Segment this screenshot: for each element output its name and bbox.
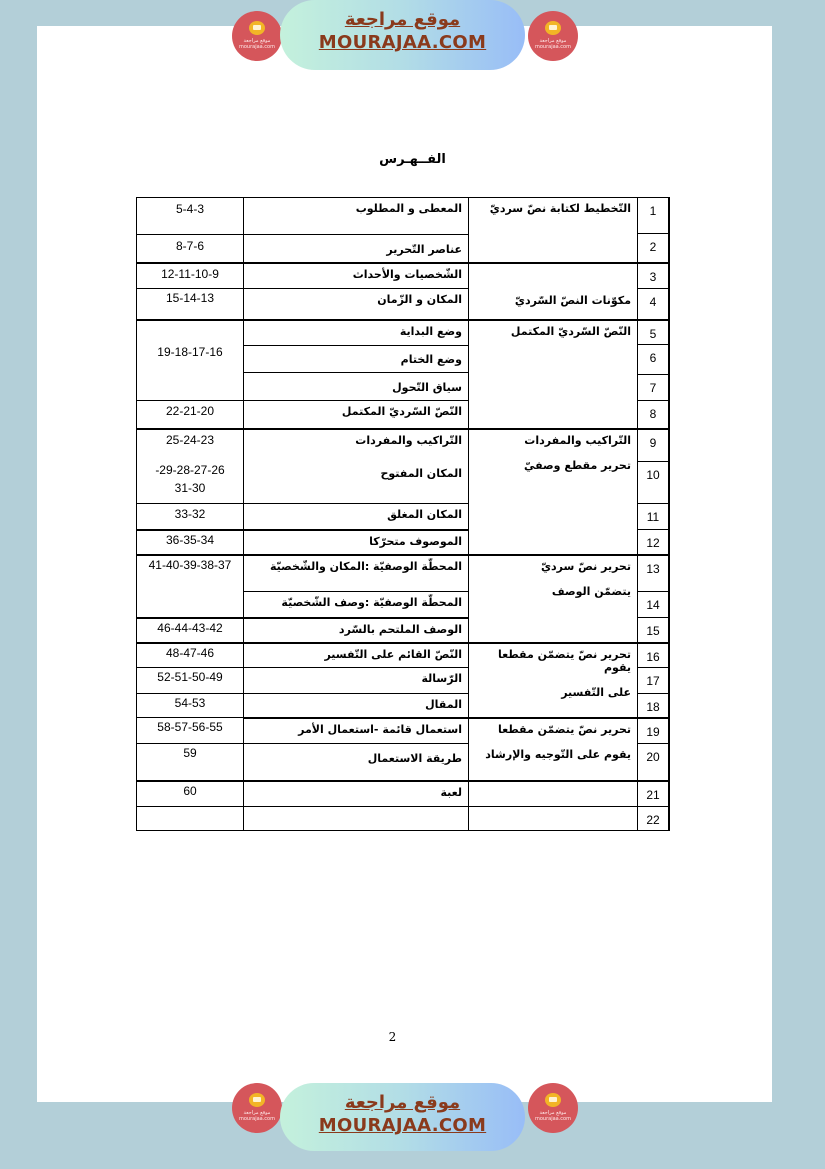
lesson-cell: المحطّة الوصفيّة :المكان والشّخصيّة bbox=[243, 554, 469, 592]
lesson-cell: المكان المغلق bbox=[243, 503, 469, 530]
lesson-cell: عناصر التّحرير bbox=[243, 234, 469, 263]
lesson-cell: الرّسالة bbox=[243, 667, 469, 694]
pages-cell: 52-51-50-49 bbox=[136, 667, 244, 694]
unit-cell: مكوّنات النصّ السّرديّ bbox=[468, 262, 638, 320]
row-number: 4 bbox=[637, 288, 670, 320]
pages-cell: 59 bbox=[136, 743, 244, 781]
unit-cell: تحرير نصّ يتضمّن مقطعا يقومعلى التّفسير bbox=[468, 642, 638, 718]
pages-cell: 60 bbox=[136, 780, 244, 807]
unit-cell bbox=[468, 806, 638, 831]
row-number: 12 bbox=[637, 529, 670, 555]
lesson-cell: وضع البداية bbox=[243, 319, 469, 346]
pages-cell: 33-32 bbox=[136, 503, 244, 530]
row-number: 17 bbox=[637, 667, 670, 694]
row-number: 10 bbox=[637, 461, 670, 504]
lesson-cell: استعمال قائمة -استعمال الأمر bbox=[243, 717, 469, 744]
row-number: 19 bbox=[637, 717, 670, 744]
row-number: 22 bbox=[637, 806, 670, 831]
pages-cell: 54-53 bbox=[136, 693, 244, 718]
book-icon bbox=[545, 21, 561, 35]
site-logo-left[interactable]: موقع مراجعة mourajaa.com bbox=[232, 11, 282, 61]
lesson-cell: طريقة الاستعمال bbox=[243, 743, 469, 781]
lesson-cell: الشّخصيات والأحداث bbox=[243, 262, 469, 289]
pages-cell: 5-4-3 bbox=[136, 197, 244, 235]
site-logo-right[interactable]: موقع مراجعة mourajaa.com bbox=[528, 11, 578, 61]
pages-cell: 25-24-23-29-28-27-2631-30 bbox=[136, 428, 244, 504]
row-number: 21 bbox=[637, 780, 670, 807]
row-number: 15 bbox=[637, 617, 670, 643]
unit-cell: تحرير نصّ يتضمّن مقطعايقوم على التّوجيه … bbox=[468, 717, 638, 781]
book-icon bbox=[249, 1093, 265, 1107]
page-title: الفــهـرس bbox=[0, 152, 825, 167]
lesson-cell: وضع الختام bbox=[243, 345, 469, 373]
banner-latin-text: MOURAJAA.COM bbox=[280, 1114, 525, 1138]
pages-cell: 48-47-46 bbox=[136, 642, 244, 668]
unit-cell bbox=[468, 780, 638, 807]
book-icon bbox=[249, 21, 265, 35]
lesson-cell: المعطى و المطلوب bbox=[243, 197, 469, 235]
unit-cell: التّراكيب والمفرداتتحرير مقطع وصفيّ bbox=[468, 428, 638, 555]
page-number: 2 bbox=[0, 1030, 785, 1044]
logo-caption: موقع مراجعة mourajaa.com bbox=[528, 38, 578, 50]
book-icon bbox=[545, 1093, 561, 1107]
row-number: 2 bbox=[637, 233, 670, 263]
lesson-cell: لعبة bbox=[243, 780, 469, 807]
row-number: 13 bbox=[637, 554, 670, 592]
row-number: 7 bbox=[637, 374, 670, 401]
row-number: 18 bbox=[637, 693, 670, 718]
lesson-cell: المقال bbox=[243, 693, 469, 718]
pages-cell: 58-57-56-55 bbox=[136, 717, 244, 744]
pages-cell: 8-7-6 bbox=[136, 234, 244, 263]
lesson-cell bbox=[243, 806, 469, 831]
row-number: 5 bbox=[637, 319, 670, 345]
row-number: 1 bbox=[637, 197, 670, 234]
banner-arabic-text: موقع مراجعة bbox=[280, 1092, 525, 1114]
site-banner-footer[interactable]: موقع مراجعة MOURAJAA.COM bbox=[280, 1083, 525, 1151]
site-banner-header[interactable]: موقع مراجعة MOURAJAA.COM bbox=[280, 0, 525, 70]
row-number: 20 bbox=[637, 743, 670, 781]
site-logo-left[interactable]: موقع مراجعة mourajaa.com bbox=[232, 1083, 282, 1133]
row-number: 8 bbox=[637, 400, 670, 429]
lesson-cell: المحطّة الوصفيّة :وصف الشّخصيّة bbox=[243, 591, 469, 618]
lesson-cell: النّصّ القائم على التّفسير bbox=[243, 642, 469, 668]
pages-cell: 46-44-43-42 bbox=[136, 617, 244, 643]
lesson-cell: التّراكيب والمفرداتالمكان المفتوح bbox=[243, 428, 469, 504]
row-number: 14 bbox=[637, 591, 670, 618]
banner-latin-text: MOURAJAA.COM bbox=[280, 31, 525, 55]
row-number: 9 bbox=[637, 428, 670, 462]
lesson-cell: النّصّ السّرديّ المكتمل bbox=[243, 400, 469, 429]
lesson-cell: سياق التّحول bbox=[243, 372, 469, 401]
logo-caption: موقع مراجعة mourajaa.com bbox=[528, 1110, 578, 1122]
banner-arabic-text: موقع مراجعة bbox=[280, 9, 525, 31]
row-number: 16 bbox=[637, 642, 670, 668]
lesson-cell: الموصوف متحرّكا bbox=[243, 529, 469, 555]
row-number: 3 bbox=[637, 262, 670, 289]
pages-cell: 41-40-39-38-37 bbox=[136, 554, 244, 618]
row-number: 11 bbox=[637, 503, 670, 530]
unit-cell: النّصّ السّرديّ المكتمل bbox=[468, 319, 638, 429]
lesson-cell: المكان و الزّمان bbox=[243, 288, 469, 320]
lesson-cell: الوصف الملتحم بالسّرد bbox=[243, 617, 469, 643]
pages-cell: 22-21-20 bbox=[136, 400, 244, 429]
unit-cell: التّخطيط لكتابة نصّ سرديّ bbox=[468, 197, 638, 263]
pages-cell: 36-35-34 bbox=[136, 529, 244, 555]
logo-caption: موقع مراجعة mourajaa.com bbox=[232, 1110, 282, 1122]
pages-cell: 15-14-13 bbox=[136, 288, 244, 320]
pages-cell: 12-11-10-9 bbox=[136, 262, 244, 289]
unit-cell: تحرير نصّ سرديّيتضمّن الوصف bbox=[468, 554, 638, 643]
pages-cell bbox=[136, 806, 244, 831]
pages-cell: 19-18-17-16 bbox=[136, 319, 244, 401]
site-logo-right[interactable]: موقع مراجعة mourajaa.com bbox=[528, 1083, 578, 1133]
row-number: 6 bbox=[637, 344, 670, 375]
logo-caption: موقع مراجعة mourajaa.com bbox=[232, 38, 282, 50]
